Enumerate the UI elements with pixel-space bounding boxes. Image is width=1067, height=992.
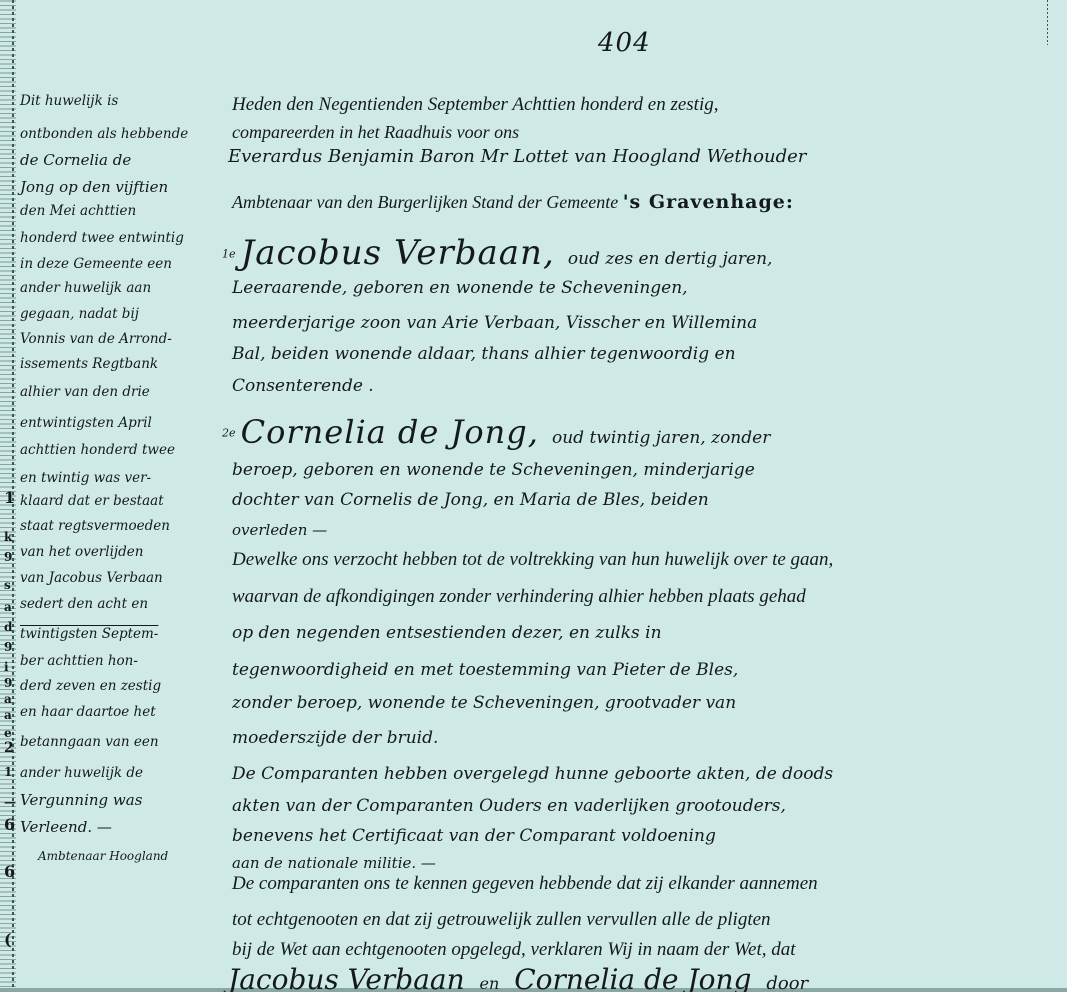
margin-line: Verleend. — [20, 820, 112, 835]
margin-line: en twintig was ver- [20, 472, 151, 486]
record-line: Dewelke ons verzocht hebben tot de voltr… [232, 550, 833, 569]
edge-mark: 1 [4, 765, 12, 779]
official-name-line: Everardus Benjamin Baron Mr Lottet van H… [228, 148, 806, 166]
record-line: op den negenden entsestienden dezer, en … [232, 625, 662, 642]
continuation: door [766, 973, 808, 992]
record-line: dochter van Cornelis de Jong, en Maria d… [232, 492, 709, 509]
margin-line: ontbonden als hebbende [20, 128, 188, 142]
edge-mark: s [4, 578, 11, 592]
margin-line: de Cornelia de [20, 153, 131, 168]
margin-signature: Ambtenaar Hoogland [38, 850, 168, 862]
margin-line: Vergunning was [20, 793, 142, 808]
margin-line: entwintigsten April [20, 417, 152, 431]
edge-mark: d [4, 620, 12, 634]
margin-line: Vonnis van de Arrond- [20, 333, 172, 347]
margin-line: derd zeven en zestig [20, 680, 161, 694]
bride-name: Cornelia de Jong, [241, 413, 539, 451]
margin-line: sedert den acht en [20, 598, 148, 612]
conjunction: en [480, 974, 500, 992]
bride-ordinal: 2e [222, 427, 236, 440]
bride-line: 2e Cornelia de Jong, oud twintig jaren, … [222, 416, 770, 448]
margin-line: den Mei achttien [20, 205, 136, 219]
record-line: meerderjarige zoon van Arie Verbaan, Vis… [232, 315, 757, 332]
margin-line: gegaan, nadat bij [20, 308, 139, 322]
official-title: Ambtenaar van den Burgerlijken Stand der… [232, 192, 618, 212]
record-line: zonder beroep, wonende te Scheveningen, … [232, 695, 736, 712]
page-number: 404 [598, 28, 651, 58]
colon: : [786, 191, 794, 213]
groom-line: 1e Jacobus Verbaan, oud zes en dertig ja… [222, 236, 772, 270]
margin-line: van Jacobus Verbaan [20, 572, 163, 586]
record-line: Leeraarende, geboren en wonende te Schev… [232, 280, 688, 297]
record-line: tot echtgenooten en dat zij getrouwelijk… [232, 910, 771, 929]
edge-mark: k [4, 530, 12, 544]
record-line: beroep, geboren en wonende te Schevening… [232, 462, 755, 479]
record-line: Ambtenaar van den Burgerlijken Stand der… [232, 193, 794, 212]
margin-line: twintigsten Septem- [20, 628, 158, 642]
register-page: 404 Dit huwelijk is ontbonden als hebben… [0, 0, 1067, 992]
edge-mark: i [4, 660, 9, 674]
edge-mark: 9 [4, 676, 12, 690]
groom-ordinal: 1e [222, 248, 236, 261]
margin-line: in deze Gemeente een [20, 258, 172, 272]
record-line-date: Heden den Negentienden September Achttie… [232, 95, 718, 114]
record-line: moederszijde der bruid. [232, 730, 438, 747]
record-line: bij de Wet aan echtgenooten opgelegd, ve… [232, 940, 796, 959]
margin-line: issements Regtbank [20, 358, 158, 372]
margin-line: betanngaan van een [20, 736, 159, 750]
margin-line: staat regtsvermoeden [20, 520, 170, 534]
edge-mark: a [4, 708, 12, 722]
record-line: overleden — [232, 523, 327, 538]
margin-line: honderd twee entwintig [20, 232, 184, 246]
margin-line: van het overlijden [20, 546, 143, 560]
record-line: tegenwoordigheid en met toestemming van … [232, 662, 738, 679]
edge-mark: 6 [4, 815, 15, 834]
edge-mark: 1 [4, 488, 15, 507]
final-names-line: Jacobus Verbaan en Cornelia de Jong door [228, 966, 808, 992]
margin-line: Jong op den vijftien [20, 180, 168, 195]
bride-age: oud twintig jaren, zonder [552, 428, 770, 448]
edge-mark: 9 [4, 550, 12, 564]
edge-mark: 9 [4, 640, 12, 654]
groom-name: Jacobus Verbaan, [241, 233, 555, 273]
record-line: De comparanten ons te kennen gegeven heb… [232, 874, 818, 893]
edge-mark: 6 [4, 862, 15, 881]
margin-line: Dit huwelijk is [20, 95, 118, 109]
margin-line: achttien honderd twee [20, 444, 175, 458]
margin-line: ber achttien hon- [20, 655, 138, 669]
final-bride-name: Cornelia de Jong [514, 963, 751, 992]
record-line: Bal, beiden wonende aldaar, thans alhier… [232, 346, 736, 363]
municipality-name: 's Gravenhage [623, 191, 786, 213]
edge-mark: ( [4, 930, 12, 949]
record-line: aan de nationale militie. — [232, 856, 436, 871]
final-groom-name: Jacobus Verbaan [228, 963, 465, 992]
edge-mark: 2 [4, 740, 14, 756]
margin-line: klaard dat er bestaat [20, 495, 164, 509]
margin-line: ander huwelijk de [20, 767, 143, 781]
record-line: waarvan de afkondigingen zonder verhinde… [232, 587, 806, 606]
record-line: Consenterende . [232, 378, 374, 395]
edge-mark: a [4, 692, 12, 706]
record-line: compareerden in het Raadhuis voor ons [232, 123, 519, 141]
record-line: akten van der Comparanten Ouders en vade… [232, 798, 786, 815]
record-line: De Comparanten hebben overgelegd hunne g… [232, 766, 833, 783]
edge-mark: a [4, 600, 12, 614]
margin-line: en haar daartoe het [20, 706, 156, 720]
edge-mark: e [4, 726, 12, 740]
margin-line: ander huwelijk aan [20, 282, 151, 296]
margin-line: alhier van den drie [20, 386, 150, 400]
right-rule [1047, 0, 1048, 45]
edge-mark: — [4, 795, 16, 809]
record-line: benevens het Certificaat van der Compara… [232, 828, 716, 845]
groom-age: oud zes en dertig jaren, [568, 249, 773, 269]
